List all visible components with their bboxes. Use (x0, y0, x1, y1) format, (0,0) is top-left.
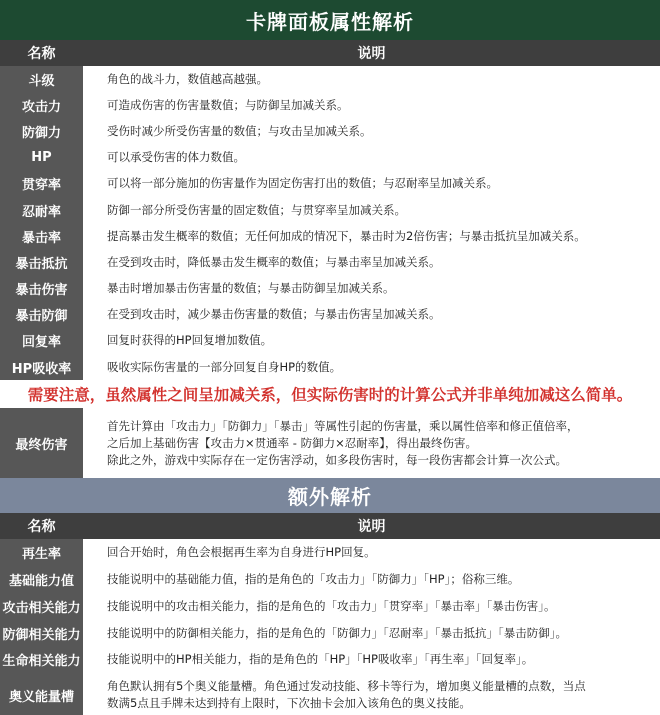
table-row: 生命相关能力技能说明中的HP相关能力，指的是角色的「HP」「HP吸收率」「再生率… (0, 646, 660, 673)
table-header: 名称 说明 (0, 40, 660, 66)
table-row: 基础能力值技能说明中的基础能力值，指的是角色的「攻击力」「防御力」「HP」；俗称… (0, 566, 660, 593)
section-title: 额外解析 (0, 478, 660, 513)
table-row-ultimate-gauge: 奥义能量槽 角色默认拥有5个奥义能量槽。角色通过发动技能、移卡等行为，增加奥义能… (0, 673, 660, 715)
row-desc: 受伤时减少所受伤害量的数值；与攻击呈加减关系。 (83, 118, 660, 144)
row-label: 生命相关能力 (0, 646, 83, 673)
table-row: 回复率回复时获得的HP回复增加数值。 (0, 328, 660, 354)
row-label: HP吸收率 (0, 354, 83, 380)
extra-table: 再生率回合开始时，角色会根据再生率为自身进行HP回复。基础能力值技能说明中的基础… (0, 539, 660, 673)
header-desc: 说明 (83, 516, 660, 536)
table-header: 名称 说明 (0, 513, 660, 539)
row-label: 再生率 (0, 539, 83, 566)
section-card-attributes: 卡牌面板属性解析 名称 说明 斗级角色的战斗力，数值越高越强。攻击力可造成伤害的… (0, 0, 660, 478)
table-row: 攻击相关能力技能说明中的攻击相关能力，指的是角色的「攻击力」「贯穿率」「暴击率」… (0, 593, 660, 620)
row-label: 暴击抵抗 (0, 249, 83, 275)
table-row: 斗级角色的战斗力，数值越高越强。 (0, 66, 660, 92)
row-desc: 角色默认拥有5个奥义能量槽。角色通过发动技能、移卡等行为，增加奥义能量槽的点数，… (83, 673, 660, 715)
table-row: 暴击防御在受到攻击时，减少暴击伤害量的数值；与暴击伤害呈加减关系。 (0, 302, 660, 328)
row-label: HP (0, 145, 83, 171)
row-desc: 技能说明中的防御相关能力，指的是角色的「防御力」「忍耐率」「暴击抵抗」「暴击防御… (83, 620, 660, 647)
desc-line: 数满5点且手牌未达到持有上限时，下次抽卡会加入该角色的奥义技能。 (107, 695, 471, 712)
row-desc: 在受到攻击时，减少暴击伤害量的数值；与暴击伤害呈加减关系。 (83, 302, 660, 328)
row-desc: 角色的战斗力，数值越高越强。 (83, 66, 660, 92)
table-row: 暴击抵抗在受到攻击时，降低暴击发生概率的数值；与暴击率呈加减关系。 (0, 249, 660, 275)
row-label: 防御相关能力 (0, 620, 83, 647)
row-label: 最终伤害 (0, 408, 83, 478)
row-desc: 可造成伤害的伤害量数值；与防御呈加减关系。 (83, 92, 660, 118)
row-desc: 在受到攻击时，降低暴击发生概率的数值；与暴击率呈加减关系。 (83, 249, 660, 275)
row-label: 斗级 (0, 66, 83, 92)
table-row: HP可以承受伤害的体力数值。 (0, 145, 660, 171)
header-name: 名称 (0, 43, 83, 63)
warning-note: 需要注意，虽然属性之间呈加减关系，但实际伤害时的计算公式并非单纯加减这么简单。 (0, 380, 660, 408)
row-label: 攻击力 (0, 92, 83, 118)
header-name: 名称 (0, 516, 83, 536)
desc-line: 角色默认拥有5个奥义能量槽。角色通过发动技能、移卡等行为，增加奥义能量槽的点数，… (107, 678, 586, 695)
table-row: 再生率回合开始时，角色会根据再生率为自身进行HP回复。 (0, 539, 660, 566)
row-desc: 可以将一部分施加的伤害量作为固定伤害打出的数值；与忍耐率呈加减关系。 (83, 171, 660, 197)
row-desc: 吸收实际伤害量的一部分回复自身HP的数值。 (83, 354, 660, 380)
table-row: 攻击力可造成伤害的伤害量数值；与防御呈加减关系。 (0, 92, 660, 118)
table-row: 防御力受伤时减少所受伤害量的数值；与攻击呈加减关系。 (0, 118, 660, 144)
row-label: 奥义能量槽 (0, 673, 83, 715)
row-label: 暴击防御 (0, 302, 83, 328)
table-row: HP吸收率吸收实际伤害量的一部分回复自身HP的数值。 (0, 354, 660, 380)
row-desc: 技能说明中的攻击相关能力，指的是角色的「攻击力」「贯穿率」「暴击率」「暴击伤害」… (83, 593, 660, 620)
table-row-final-damage: 最终伤害 首先计算由「攻击力」「防御力」「暴击」等属性引起的伤害量，乘以属性倍率… (0, 408, 660, 478)
row-desc: 回复时获得的HP回复增加数值。 (83, 328, 660, 354)
row-desc: 回合开始时，角色会根据再生率为自身进行HP回复。 (83, 539, 660, 566)
row-label: 忍耐率 (0, 197, 83, 223)
row-label: 暴击伤害 (0, 276, 83, 302)
desc-line: 首先计算由「攻击力」「防御力」「暴击」等属性引起的伤害量，乘以属性倍率和修正值倍… (107, 418, 579, 435)
row-desc: 可以承受伤害的体力数值。 (83, 145, 660, 171)
table-row: 贯穿率可以将一部分施加的伤害量作为固定伤害打出的数值；与忍耐率呈加减关系。 (0, 171, 660, 197)
row-desc: 暴击时增加暴击伤害量的数值；与暴击防御呈加减关系。 (83, 276, 660, 302)
section-extra: 额外解析 名称 说明 再生率回合开始时，角色会根据再生率为自身进行HP回复。基础… (0, 478, 660, 715)
row-label: 回复率 (0, 328, 83, 354)
row-label: 基础能力值 (0, 566, 83, 593)
row-desc: 技能说明中的基础能力值，指的是角色的「攻击力」「防御力」「HP」；俗称三维。 (83, 566, 660, 593)
attribute-table: 斗级角色的战斗力，数值越高越强。攻击力可造成伤害的伤害量数值；与防御呈加减关系。… (0, 66, 660, 380)
desc-line: 之后加上基础伤害【攻击力×贯通率 - 防御力×忍耐率】，得出最终伤害。 (107, 435, 477, 452)
table-row: 防御相关能力技能说明中的防御相关能力，指的是角色的「防御力」「忍耐率」「暴击抵抗… (0, 620, 660, 647)
row-desc: 首先计算由「攻击力」「防御力」「暴击」等属性引起的伤害量，乘以属性倍率和修正值倍… (83, 408, 660, 478)
row-desc: 提高暴击发生概率的数值；无任何加成的情况下，暴击时为2倍伤害；与暴击抵抗呈加减关… (83, 223, 660, 249)
row-desc: 技能说明中的HP相关能力，指的是角色的「HP」「HP吸收率」「再生率」「回复率」… (83, 646, 660, 673)
row-label: 防御力 (0, 118, 83, 144)
row-label: 贯穿率 (0, 171, 83, 197)
table-row: 暴击率提高暴击发生概率的数值；无任何加成的情况下，暴击时为2倍伤害；与暴击抵抗呈… (0, 223, 660, 249)
header-desc: 说明 (83, 43, 660, 63)
row-label: 攻击相关能力 (0, 593, 83, 620)
section-title: 卡牌面板属性解析 (0, 0, 660, 40)
row-desc: 防御一部分所受伤害量的固定数值；与贯穿率呈加减关系。 (83, 197, 660, 223)
desc-line: 除此之外，游戏中实际存在一定伤害浮动，如多段伤害时，每一段伤害都会计算一次公式。 (107, 452, 567, 469)
row-label: 暴击率 (0, 223, 83, 249)
table-row: 忍耐率防御一部分所受伤害量的固定数值；与贯穿率呈加减关系。 (0, 197, 660, 223)
table-row: 暴击伤害暴击时增加暴击伤害量的数值；与暴击防御呈加减关系。 (0, 276, 660, 302)
